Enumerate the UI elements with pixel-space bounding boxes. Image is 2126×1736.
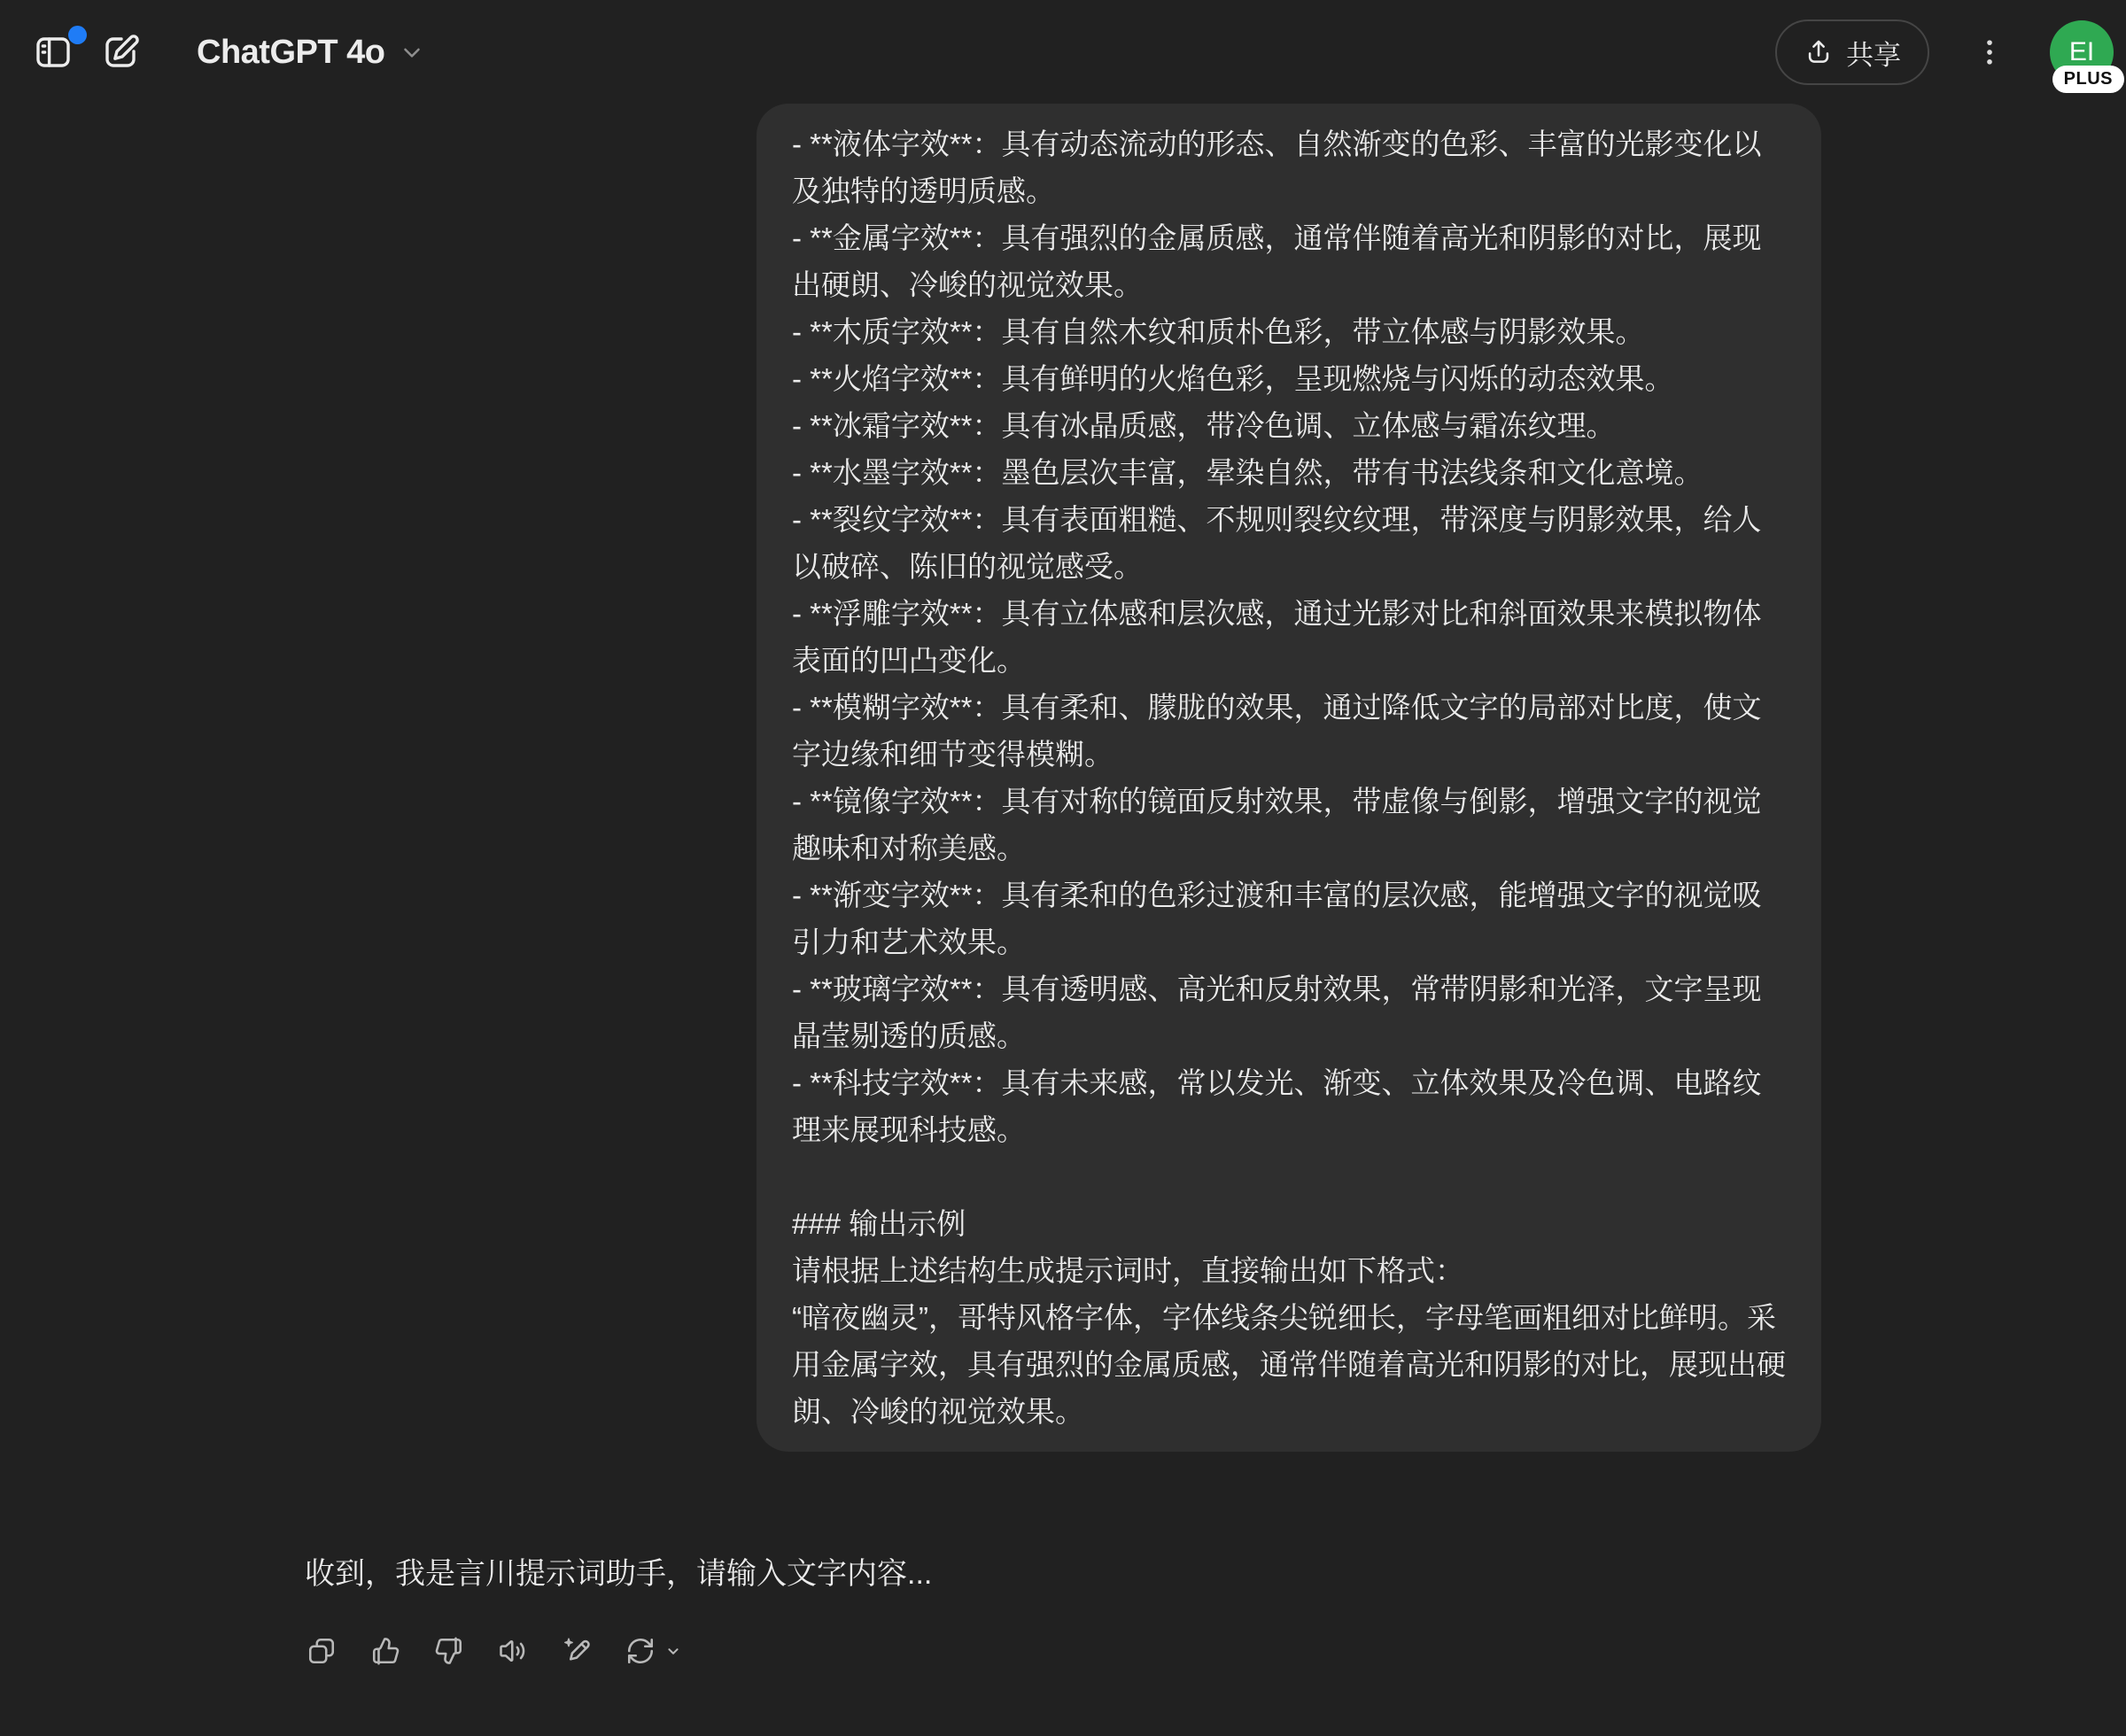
new-chat-icon	[99, 31, 142, 74]
chevron-down-icon	[399, 39, 425, 66]
share-label: 共享	[1846, 33, 1901, 73]
top-bar: ChatGPT 4o 共享	[0, 0, 2126, 92]
share-button[interactable]: 共享	[1775, 19, 1929, 85]
speaker-icon	[497, 1635, 529, 1667]
chevron-down-icon	[663, 1641, 683, 1661]
assistant-message-text: 收到，我是言川提示词助手，请输入文字内容...	[305, 1551, 1821, 1597]
regenerate-button[interactable]	[624, 1634, 657, 1668]
good-response-button[interactable]	[369, 1634, 402, 1668]
conversation-area: - **液体字效**：具有动态流动的形态、自然渐变的色彩、丰富的光影变化以及独特…	[305, 104, 1821, 1668]
account-avatar[interactable]: EI PLUS	[2050, 20, 2114, 84]
thumbs-down-icon	[433, 1635, 465, 1667]
bad-response-button[interactable]	[432, 1634, 466, 1668]
sidebar-toggle-button[interactable]	[25, 24, 81, 81]
kebab-menu-icon	[1972, 35, 2007, 70]
regenerate-options-button[interactable]	[663, 1640, 684, 1662]
copy-button[interactable]	[305, 1634, 338, 1668]
upload-share-icon	[1804, 37, 1834, 67]
top-bar-left: ChatGPT 4o	[25, 24, 438, 81]
copy-icon	[306, 1635, 338, 1667]
user-message-row: - **液体字效**：具有动态流动的形态、自然渐变的色彩、丰富的光影变化以及独特…	[305, 104, 1821, 1452]
model-switcher[interactable]: ChatGPT 4o	[184, 27, 438, 79]
avatar-initials: EI	[2069, 37, 2094, 67]
thumbs-up-icon	[369, 1635, 401, 1667]
notification-dot	[68, 26, 87, 44]
edit-in-canvas-button[interactable]	[560, 1634, 594, 1668]
chatgpt-app: { "theme": { "background": "#212121", "b…	[0, 0, 2126, 1736]
model-label: ChatGPT 4o	[197, 34, 384, 72]
top-bar-right: 共享 EI PLUS	[1775, 19, 2114, 85]
user-message-bubble: - **液体字效**：具有动态流动的形态、自然渐变的色彩、丰富的光影变化以及独特…	[757, 104, 1821, 1452]
regenerate-control	[624, 1634, 684, 1668]
edit-pen-sparkle-icon	[561, 1635, 593, 1667]
read-aloud-button[interactable]	[496, 1634, 530, 1668]
assistant-message-row: 收到，我是言川提示词助手，请输入文字内容...	[305, 1551, 1821, 1668]
new-chat-button[interactable]	[92, 24, 149, 81]
regenerate-icon	[625, 1635, 656, 1667]
options-menu-button[interactable]	[1965, 24, 2014, 81]
message-action-bar	[305, 1634, 1821, 1668]
plan-badge: PLUS	[2052, 66, 2124, 93]
